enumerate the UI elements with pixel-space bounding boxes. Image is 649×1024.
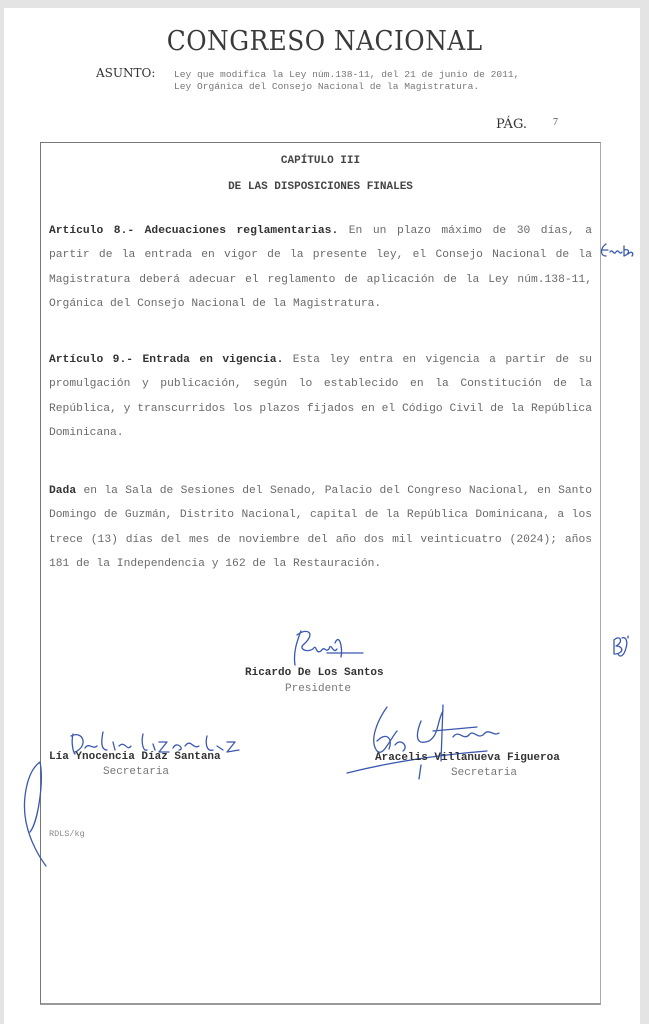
article-9-heading: Artículo 9.- Entrada en vigencia. xyxy=(49,354,283,366)
document-header-title: CONGRESO NACIONAL xyxy=(0,26,649,57)
article-8: Artículo 8.- Adecuaciones reglamentarias… xyxy=(49,219,592,316)
margin-signature-stroke xyxy=(20,762,50,872)
margin-initials-bottom xyxy=(608,632,634,664)
chapter-subtitle: DE LAS DISPOSICIONES FINALES xyxy=(41,181,600,193)
subject-text: Ley que modifica la Ley núm.138-11, del … xyxy=(174,69,594,93)
subject-line: Ley que modifica la Ley núm.138-11, del … xyxy=(174,69,594,81)
article-9-body: Esta ley entra en vigencia a partir de s… xyxy=(49,354,592,439)
document-body-box: CAPÍTULO III DE LAS DISPOSICIONES FINALE… xyxy=(40,142,601,1005)
article-8-body: En un plazo máximo de 30 días, a partir … xyxy=(49,225,592,310)
president-name: Ricardo De Los Santos xyxy=(245,667,384,679)
secretary-right-role: Secretaria xyxy=(451,767,517,779)
reference-initials: RDLS/kg xyxy=(49,829,85,839)
closing-body: en la Sala de Sesiones del Senado, Palac… xyxy=(49,485,592,570)
subject-label: ASUNTO: xyxy=(96,66,155,80)
article-8-heading: Artículo 8.- Adecuaciones reglamentarias… xyxy=(49,225,338,237)
closing-lead: Dada xyxy=(49,485,76,497)
secretary-left-name: Lía Ynocencia Díaz Santana xyxy=(49,751,221,763)
congress-title: CONGRESO NACIONAL xyxy=(167,26,483,57)
closing-paragraph: Dada en la Sala de Sesiones del Senado, … xyxy=(49,479,592,576)
secretary-left-role: Secretaria xyxy=(103,766,169,778)
president-signature xyxy=(287,623,367,673)
page-label: PÁG. xyxy=(496,117,527,132)
president-role: Presidente xyxy=(285,683,351,695)
secretary-right-name: Aracelis Villanueva Figueroa xyxy=(375,752,560,764)
page-number: 7 xyxy=(553,117,558,128)
article-9: Artículo 9.- Entrada en vigencia. Esta l… xyxy=(49,348,592,445)
chapter-title: CAPÍTULO III xyxy=(41,155,600,167)
margin-initials-top xyxy=(598,240,638,264)
subject-line: Ley Orgánica del Consejo Nacional de la … xyxy=(174,81,594,93)
